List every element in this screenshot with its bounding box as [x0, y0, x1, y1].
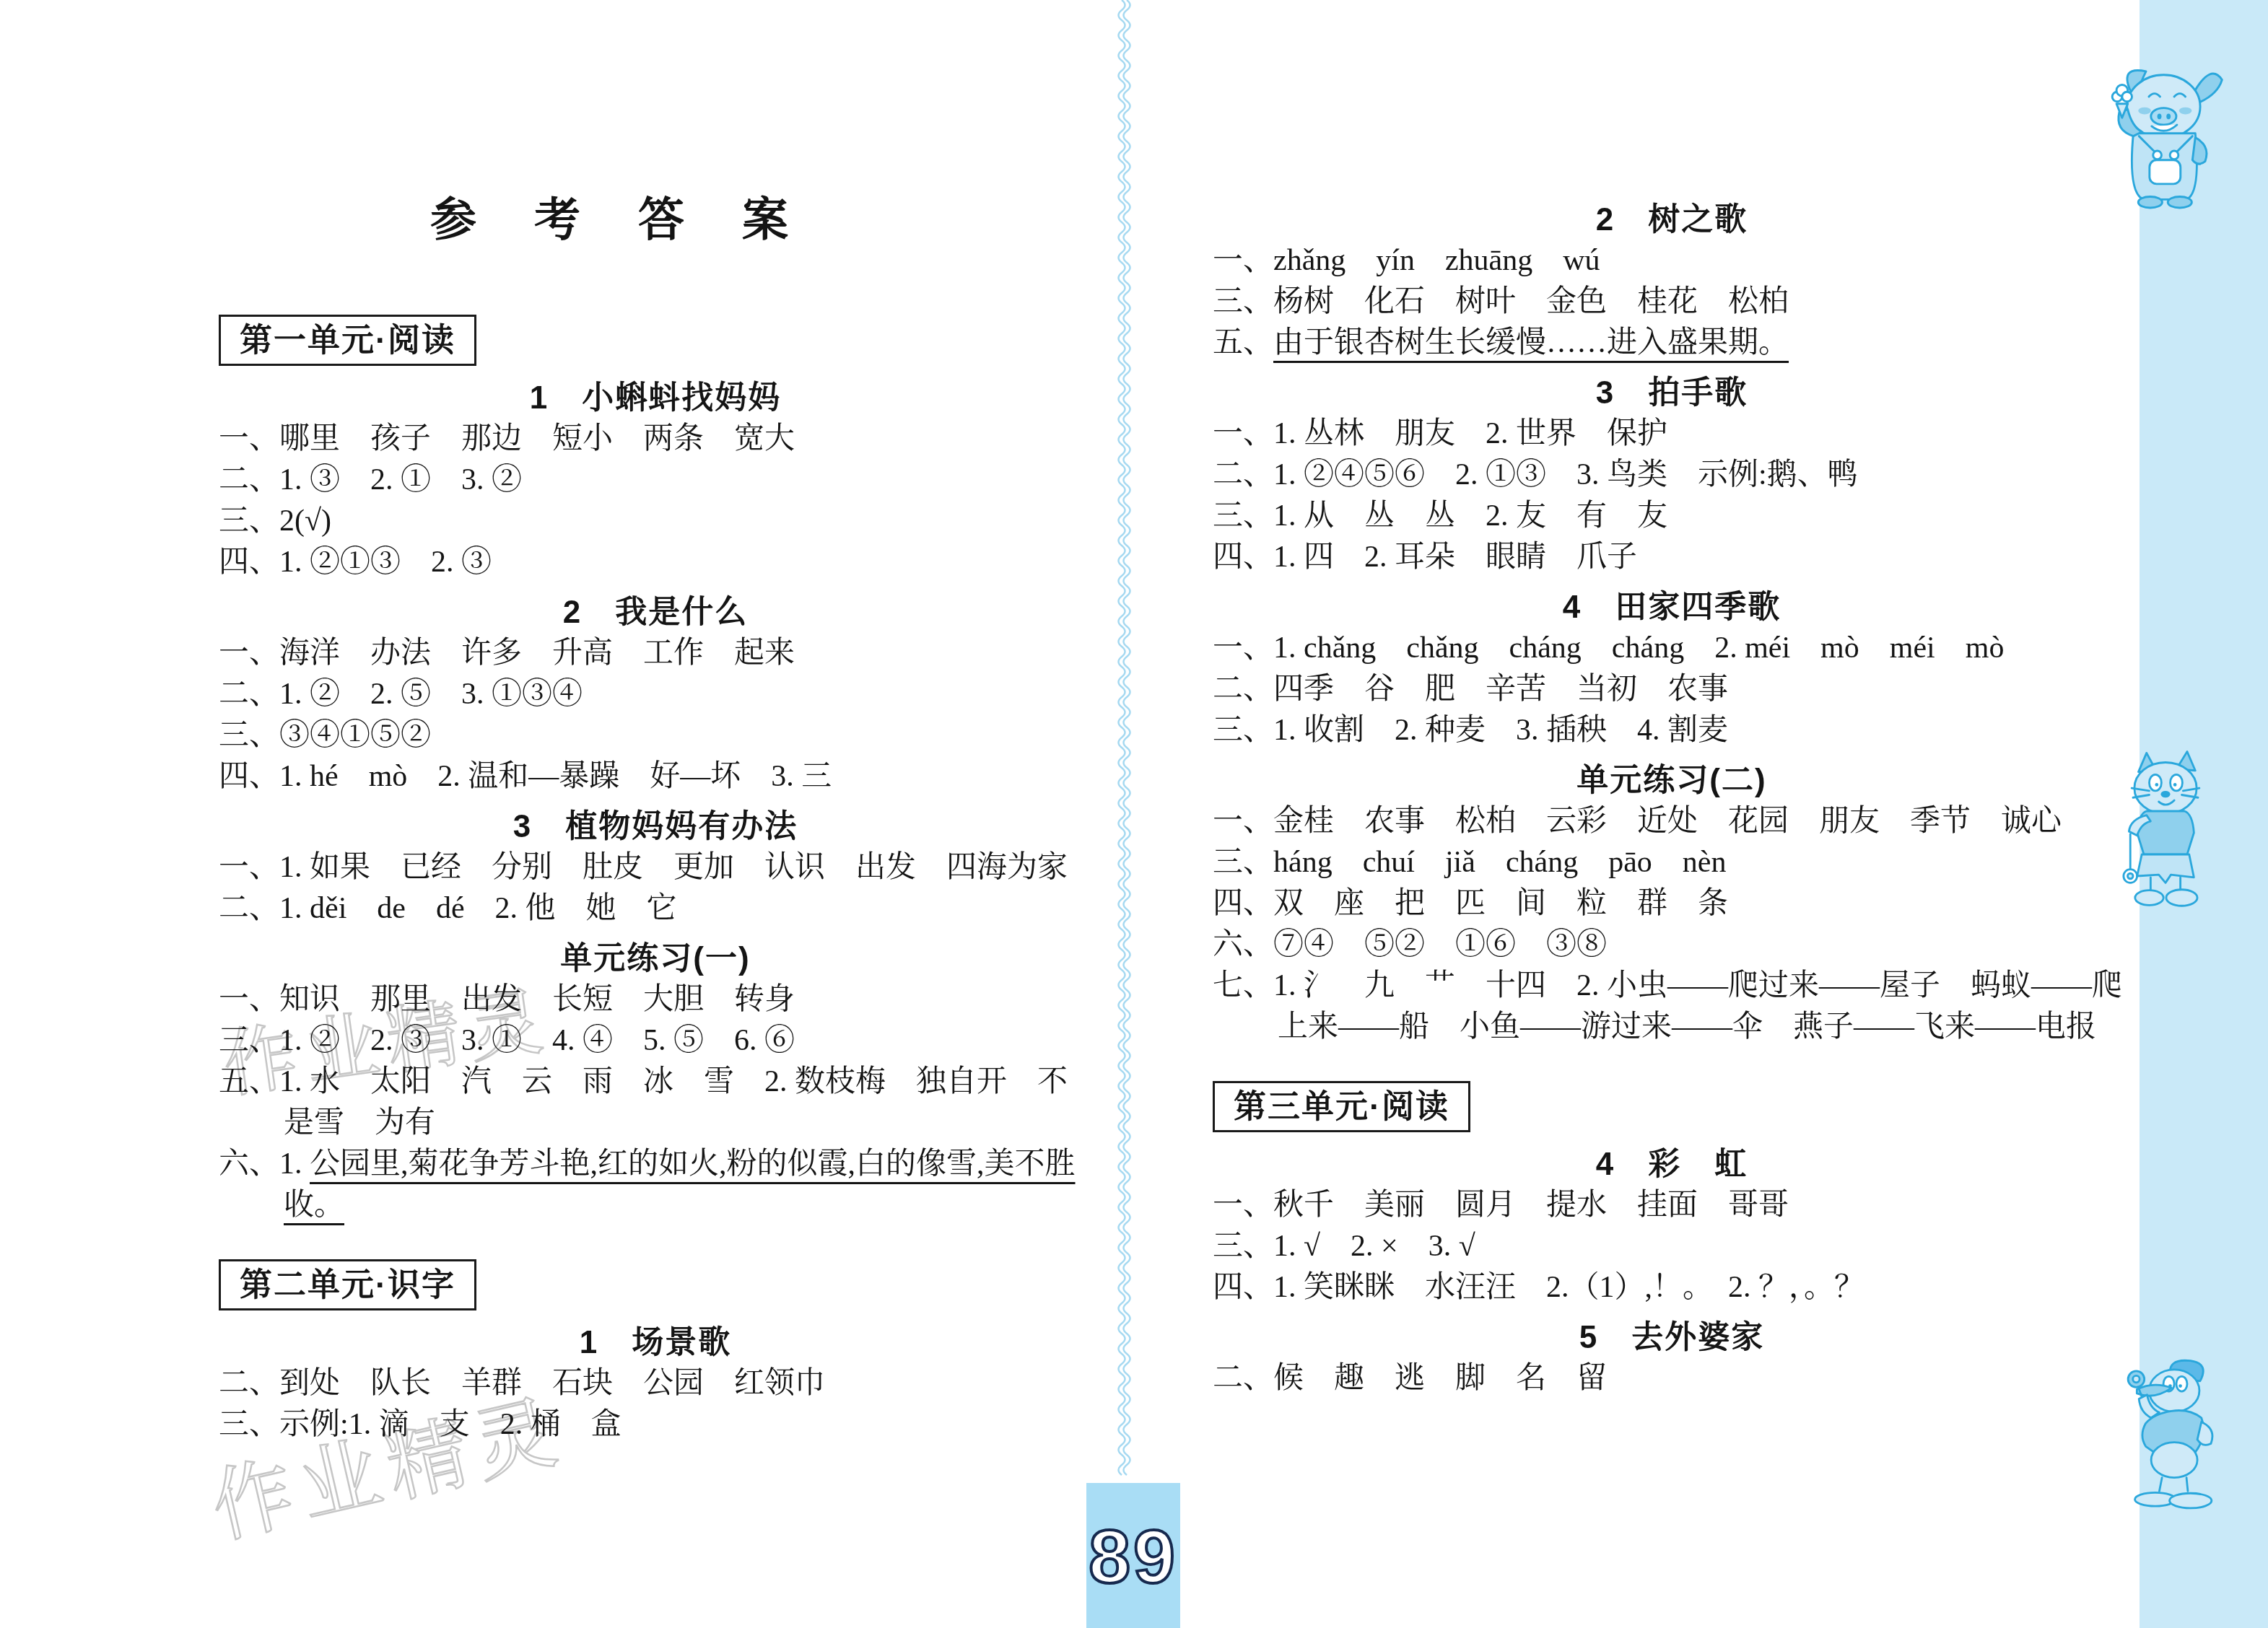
- lesson-heading: 1 小蝌蚪找妈妈: [219, 377, 1092, 419]
- lesson-heading: 4 田家四季歌: [1213, 587, 2131, 628]
- answer-line: 一、1. chǎng chǎng cháng cháng 2. méi mò m…: [1213, 628, 2131, 669]
- unit-section-box: 第一单元·阅读: [219, 315, 476, 366]
- answer-line: 一、哪里 孩子 那边 短小 两条 宽大: [219, 419, 1092, 460]
- lesson-heading: 5 去外婆家: [1213, 1317, 2131, 1358]
- page-number: 89: [1086, 1483, 1180, 1628]
- answer-line: 七、1. 氵 九 艹 十四 2. 小虫——爬过来——屋子 蚂蚁——爬上来——船 …: [1213, 966, 2131, 1048]
- page-number-box: 89: [1086, 1483, 1180, 1628]
- unit-section-row: 第一单元·阅读: [219, 315, 1092, 366]
- duck-lollipop-mascot-icon: [2106, 1355, 2222, 1521]
- answer-line: 五、由于银杏树生长缓慢……进入盛果期。: [1213, 323, 2131, 364]
- answer-line: 四、1. 笑眯眯 水汪汪 2.（1）,！。 2. ？，。？: [1213, 1267, 2131, 1308]
- center-wavy-divider: [1117, 0, 1135, 1479]
- answer-line: 五、1. 水 太阳 汽 云 雨 冰 雪 2. 数枝梅 独自开 不是雪 为有: [219, 1062, 1092, 1144]
- page-number-text: 89: [1089, 1515, 1178, 1599]
- answer-line: 二、四季 谷 肥 辛苦 当初 农事: [1213, 669, 2131, 710]
- underlined-answer: 公园里,菊花争芳斗艳,红的如火,粉的似霞,白的像雪,美不胜收。: [284, 1147, 1076, 1222]
- answer-line: 四、1. hé mò 2. 温和—暴躁 好—坏 3. 三: [219, 756, 1092, 797]
- wavy-line-icon: [1117, 0, 1135, 1479]
- answer-line: 一、1. 丛林 朋友 2. 世界 保护: [1213, 413, 2131, 455]
- unit-section-box: 第二单元·识字: [219, 1259, 476, 1310]
- answer-line: 三、1. √ 2. × 3. √: [1213, 1226, 2131, 1267]
- answer-line: 二、1. ③ 2. ① 3. ②: [219, 460, 1092, 501]
- lesson-heading: 3 拍手歌: [1213, 372, 2131, 413]
- answer-line: 二、1. ②④⑤⑥ 2. ①③ 3. 鸟类 示例:鹅、鸭: [1213, 455, 2131, 496]
- answer-line: 三、示例:1. 滴 支 2. 桶 盒: [219, 1404, 1092, 1445]
- answer-line: 三、1. 从 丛 丛 2. 友 有 友: [1213, 496, 2131, 537]
- answer-line: 三、1. 收割 2. 种麦 3. 插秧 4. 割麦: [1213, 710, 2131, 751]
- lesson-heading: 2 我是什么: [219, 592, 1092, 633]
- right-page-column: 2 树之歌 一、zhǎng yín zhuāng wú 三、杨树 化石 树叶 金…: [1213, 199, 2131, 1399]
- cat-yoyo-mascot-icon: [2111, 750, 2220, 915]
- answer-line: 二、到处 队长 羊群 石块 公园 红领巾: [219, 1363, 1092, 1404]
- underlined-answer: 由于银杏树生长缓慢……进入盛果期。: [1273, 326, 1789, 359]
- answer-line: 一、zhǎng yín zhuāng wú: [1213, 240, 2131, 281]
- answer-line: 一、金桂 农事 松柏 云彩 近处 花园 朋友 季节 诚心: [1213, 801, 2131, 842]
- answer-line: 三、háng chuí jiǎ cháng pāo nèn: [1213, 842, 2131, 883]
- answer-line: 一、秋千 美丽 圆月 提水 挂面 哥哥: [1213, 1185, 2131, 1226]
- answer-line: 二、1. děi de dé 2. 他 她 它: [219, 888, 1092, 929]
- lesson-heading: 4 彩 虹: [1213, 1144, 2131, 1185]
- unit-section-box: 第三单元·阅读: [1213, 1081, 1470, 1132]
- answer-line: 三、1. ② 2. ③ 3. ① 4. ④ 5. ⑤ 6. ⑥: [219, 1020, 1092, 1062]
- page-title: 参 考 答 案: [219, 195, 1006, 245]
- left-page-column: 参 考 答 案 第一单元·阅读 1 小蝌蚪找妈妈 一、哪里 孩子 那边 短小 两…: [219, 195, 1092, 1445]
- answer-line: 六、1. 公园里,菊花争芳斗艳,红的如火,粉的似霞,白的像雪,美不胜收。: [219, 1144, 1092, 1226]
- answer-line: 三、2(√): [219, 501, 1092, 542]
- answer-book-page: { "title": "参 考 答 案", "watermark": { "te…: [0, 0, 2268, 1628]
- answer-line-prefix: 五、: [1213, 326, 1273, 359]
- lesson-heading: 3 植物妈妈有办法: [219, 806, 1092, 847]
- answer-line: 六、⑦④ ⑤② ①⑥ ③⑧: [1213, 924, 2131, 966]
- lesson-heading: 2 树之歌: [1213, 199, 2131, 240]
- unit-section-row: 第三单元·阅读: [1213, 1081, 2131, 1132]
- answer-line: 一、知识 那里 出发 长短 大胆 转身: [219, 979, 1092, 1020]
- unit-exercise-heading: 单元练习(二): [1213, 760, 2131, 801]
- unit-exercise-heading: 单元练习(一): [219, 938, 1092, 979]
- answer-line: 二、候 趣 逃 脚 名 留: [1213, 1358, 2131, 1399]
- answer-line: 三、③④①⑤②: [219, 715, 1092, 756]
- pig-ice-cream-mascot-icon: [2090, 61, 2230, 216]
- unit-section-row: 第二单元·识字: [219, 1259, 1092, 1310]
- answer-line: 一、海洋 办法 许多 升高 工作 起来: [219, 633, 1092, 674]
- lesson-heading: 1 场景歌: [219, 1322, 1092, 1363]
- answer-line-prefix: 六、1.: [219, 1147, 310, 1181]
- answer-line: 一、1. 如果 已经 分别 肚皮 更加 认识 出发 四海为家: [219, 847, 1092, 888]
- answer-line: 四、1. 四 2. 耳朵 眼睛 爪子: [1213, 537, 2131, 578]
- answer-line: 二、1. ② 2. ⑤ 3. ①③④: [219, 674, 1092, 715]
- answer-line: 四、1. ②①③ 2. ③: [219, 542, 1092, 583]
- answer-line: 四、双 座 把 匹 间 粒 群 条: [1213, 883, 2131, 924]
- answer-line: 三、杨树 化石 树叶 金色 桂花 松柏: [1213, 281, 2131, 323]
